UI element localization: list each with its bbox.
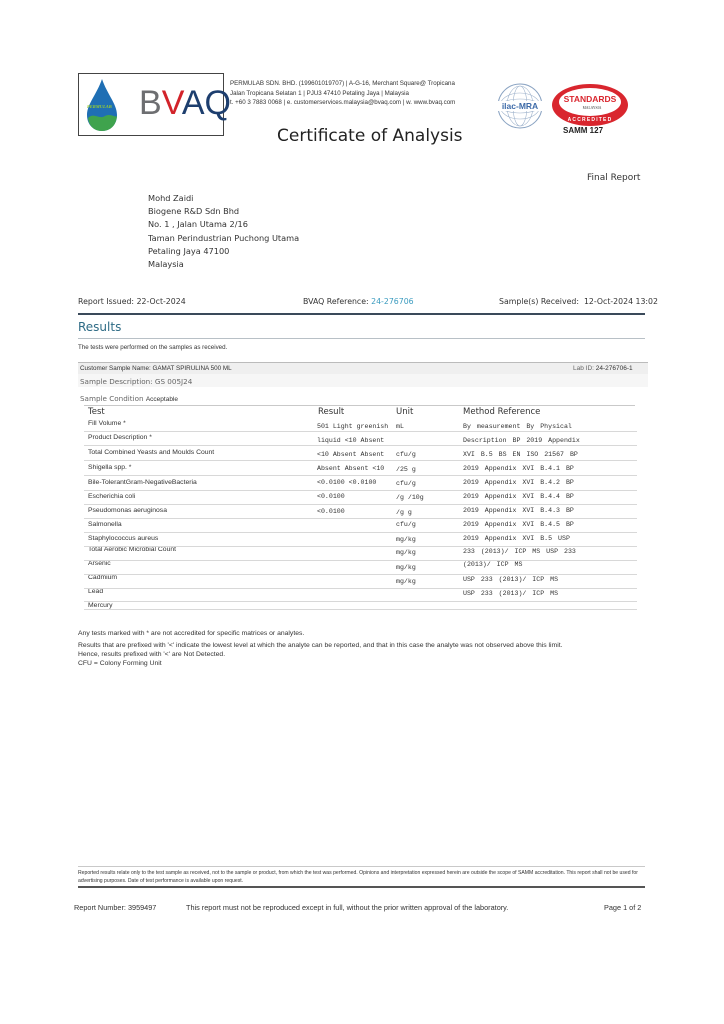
unit-value: /g /10g [396, 494, 424, 501]
method-reference: 2019 Appendix XVI B.4.4 BP [463, 493, 574, 500]
results-heading: Results [78, 320, 121, 334]
unit-value: mg/kg [396, 549, 416, 556]
unit-value: mg/kg [396, 536, 416, 543]
test-name: Fill Volume * [88, 420, 126, 427]
bvaq-logo: PERMULAB BVAQ [78, 73, 224, 136]
method-reference: Description BP 2019 Appendix [463, 437, 580, 444]
method-reference: By measurement By Physical [463, 423, 572, 430]
address-line: Taman Perindustrian Puchong Utama [148, 232, 299, 245]
bvaq-wordmark: BVAQ [139, 84, 231, 123]
test-name: Shigella spp. * [88, 464, 131, 471]
svg-text:STANDARDS: STANDARDS [564, 94, 617, 104]
permulab-wordmark: PERMULAB [87, 104, 112, 109]
method-reference: 2019 Appendix XVI B.4.5 BP [463, 521, 574, 528]
test-name: Total Aerobic Microbial Count [88, 546, 176, 553]
result-value: Absent Absent <10 [317, 465, 384, 472]
address-line: Malaysia [148, 258, 299, 271]
divider [78, 313, 645, 315]
customer-sample-name: Customer Sample Name: GAMAT SPIRULINA 50… [80, 365, 232, 372]
test-name: Cadmium [88, 574, 117, 581]
reference-number: 24-276706 [371, 297, 414, 306]
lab-id: Lab ID: 24-276706-1 [573, 365, 633, 372]
result-value: 501 Light greenish [317, 423, 388, 430]
svg-text:ilac-MRA: ilac-MRA [502, 101, 538, 111]
row-divider [84, 475, 637, 476]
column-header-unit: Unit [396, 407, 413, 417]
report-type: Final Report [587, 173, 640, 183]
test-name: Total Combined Yeasts and Moulds Count [88, 449, 214, 456]
address-line: Biogene R&D Sdn Bhd [148, 205, 299, 218]
test-name: Product Description * [88, 434, 152, 441]
result-value: <0.0100 [317, 493, 345, 500]
company-line: Jalan Tropicana Selatan 1 | PJU3 47410 P… [230, 89, 455, 99]
divider [78, 866, 645, 867]
page-title: Certificate of Analysis [277, 126, 463, 146]
row-divider [84, 490, 637, 491]
column-header-result: Result [318, 407, 344, 417]
row-divider [84, 504, 637, 505]
row-divider [84, 609, 637, 610]
notes: Any tests marked with * are not accredit… [78, 628, 563, 670]
unit-value: mL [396, 423, 404, 430]
issued-date: 22-Oct-2024 [137, 297, 186, 306]
row-divider [84, 532, 637, 533]
unit-value: mg/kg [396, 578, 416, 585]
company-info: PERMULAB SDN. BHD. (199601019707) | A-G-… [230, 79, 455, 108]
report-issued: Report Issued: 22-Oct-2024 [78, 297, 186, 306]
method-reference: 2019 Appendix XVI B.4.3 BP [463, 507, 574, 514]
note-line: Any tests marked with * are not accredit… [78, 628, 563, 640]
samples-received: Sample(s) Received: 12-Oct-2024 13:02 [499, 297, 658, 306]
method-reference: 2019 Appendix XVI B.5 USP [463, 535, 570, 542]
note-line: CFU = Colony Forming Unit [78, 658, 563, 670]
divider [78, 338, 645, 339]
unit-value: /g g [396, 509, 412, 516]
result-value: liquid <10 Absent [317, 437, 384, 444]
method-reference: 2019 Appendix XVI B.4.1 BP [463, 465, 574, 472]
svg-text:ACCREDITED: ACCREDITED [568, 117, 613, 123]
address-line: Mohd Zaidi [148, 192, 299, 205]
test-name: Pseudomonas aeruginosa [88, 507, 167, 514]
address-line: Petaling Jaya 47100 [148, 245, 299, 258]
row-divider [84, 445, 637, 446]
method-reference: (2013)/ ICP MS [463, 561, 522, 568]
row-divider [84, 560, 637, 561]
unit-value: cfu/g [396, 480, 416, 487]
column-header-method: Method Reference [463, 407, 540, 417]
page-number: Page 1 of 2 [604, 903, 641, 912]
company-line: PERMULAB SDN. BHD. (199601019707) | A-G-… [230, 79, 455, 89]
row-divider [84, 574, 637, 575]
test-name: Escherichia coli [88, 493, 135, 500]
svg-text:MALAYSIA: MALAYSIA [583, 106, 602, 110]
table-header-rule [84, 405, 635, 406]
unit-value: /25 g [396, 466, 416, 473]
sample-description: Sample Description: GS 005J24 [80, 377, 192, 386]
divider [78, 886, 645, 888]
result-value: <0.0100 <0.0100 [317, 479, 376, 486]
test-name: Lead [88, 588, 103, 595]
recipient-address: Mohd Zaidi Biogene R&D Sdn Bhd No. 1 , J… [148, 192, 299, 271]
ilac-mra-logo: ilac-MRA [496, 82, 544, 130]
row-divider [84, 546, 637, 547]
row-divider [84, 601, 637, 602]
company-line: t. +60 3 7883 0068 | e. customerservices… [230, 98, 455, 108]
method-reference: USP 233 (2013)/ ICP MS [463, 590, 558, 597]
row-divider [84, 518, 637, 519]
report-number: Report Number: 3959497 [74, 903, 156, 912]
column-header-test: Test [88, 407, 105, 417]
test-name: Mercury [88, 602, 113, 609]
result-value: <10 Absent Absent [317, 451, 384, 458]
test-name: Staphylococcus aureus [88, 535, 158, 542]
samm-number: SAMM 127 [563, 126, 603, 135]
sample-condition: Sample Condition Acceptable [80, 394, 178, 403]
unit-value: cfu/g [396, 521, 416, 528]
bvaq-reference: BVAQ Reference: 24-276706 [303, 297, 414, 306]
address-line: No. 1 , Jalan Utama 2/16 [148, 218, 299, 231]
row-divider [84, 588, 637, 589]
test-name: Arsenic [88, 560, 111, 567]
reproduction-note: This report must not be reproduced excep… [186, 903, 508, 912]
method-reference: 233 (2013)/ ICP MS USP 233 [463, 548, 576, 555]
performed-note: The tests were performed on the samples … [78, 344, 227, 351]
disclaimer: Reported results relate only to the test… [78, 869, 648, 885]
row-divider [84, 431, 637, 432]
row-divider [84, 460, 637, 461]
received-date: 12-Oct-2024 13:02 [584, 297, 658, 306]
test-name: Bile-TolerantGram-NegativeBacteria [88, 479, 197, 486]
method-reference: USP 233 (2013)/ ICP MS [463, 576, 558, 583]
method-reference: XVI B.5 BS EN ISO 21567 BP [463, 451, 578, 458]
unit-value: mg/kg [396, 564, 416, 571]
method-reference: 2019 Appendix XVI B.4.2 BP [463, 479, 574, 486]
result-value: <0.0100 [317, 508, 345, 515]
unit-value: cfu/g [396, 451, 416, 458]
test-name: Salmonella [88, 521, 122, 528]
